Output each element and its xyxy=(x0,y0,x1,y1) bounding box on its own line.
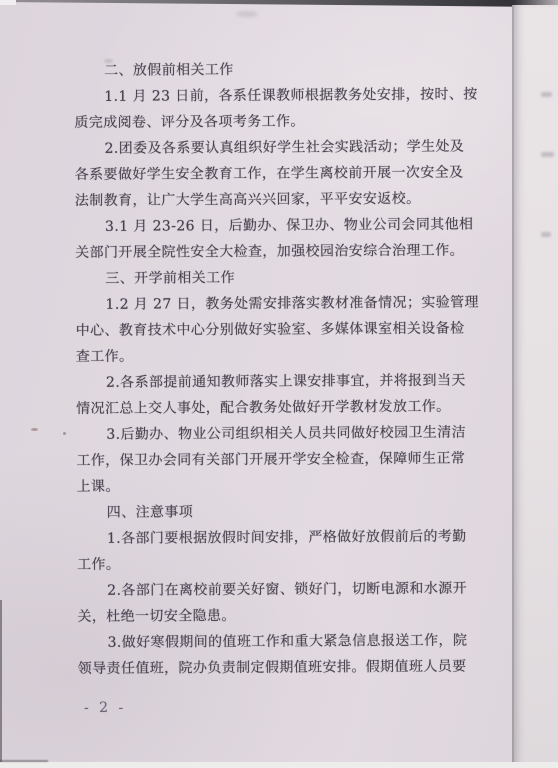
doc-line: 关部门开展全院性安全大检查，加强校园治安综合治理工作。 xyxy=(75,237,487,266)
doc-line: 1.1 月 23 日前，各系任课教师根据教务处安排，按时、按 xyxy=(74,81,486,110)
doc-line: 2.各系部提前通知教师落实上课安排事宜，并将报到当天 xyxy=(76,367,488,396)
scanned-page: 二、放假前相关工作 1.1 月 23 日前，各系任课教师根据教务处安排，按时、按… xyxy=(0,0,558,768)
section-heading: 二、放假前相关工作 xyxy=(74,55,486,84)
doc-line: 领导责任值班，院办负责制定假期值班安排。假期值班人员要 xyxy=(78,653,490,682)
doc-line: 工作。 xyxy=(77,549,489,578)
doc-line: 各系要做好学生安全教育工作，在学生离校前开展一次安全及 xyxy=(75,159,487,188)
paper-speck xyxy=(31,428,38,431)
doc-line: 2.团委及各系要认真组织好学生社会实践活动；学生处及 xyxy=(74,133,486,162)
bleed-through-mark xyxy=(541,152,554,157)
bleed-through-mark xyxy=(541,232,551,237)
page-fold-edge xyxy=(512,5,558,768)
bleed-through-mark xyxy=(541,92,552,97)
doc-line: 3.做好寒假期间的值班工作和重大紧急信息报送工作，院 xyxy=(77,627,489,656)
paper-speck xyxy=(63,432,66,435)
scan-corner-top-left xyxy=(0,0,16,5)
document-body: 二、放假前相关工作 1.1 月 23 日前，各系任课教师根据教务处安排，按时、按… xyxy=(74,55,490,682)
doc-line: 法制教育，让广大学生高高兴兴回家，平平安安返校。 xyxy=(75,185,487,214)
doc-line: 查工作。 xyxy=(76,341,488,370)
doc-line: 1.各部门要根据放假时间安排，严格做好放假前后的考勤 xyxy=(77,523,489,552)
section-heading: 四、注意事项 xyxy=(77,497,489,526)
doc-line: 3.后勤办、物业公司组织相关人员共同做好校园卫生清洁 xyxy=(76,419,488,448)
scan-left-edge xyxy=(0,600,2,762)
paper-speck xyxy=(236,11,258,17)
section-heading: 三、开学前相关工作 xyxy=(75,263,487,292)
doc-line: 工作，保卫办会同有关部门开展开学安全检查，保障师生正常 xyxy=(76,445,488,474)
scan-top-edge xyxy=(0,0,558,9)
doc-line: 上课。 xyxy=(77,471,489,500)
doc-line: 3.1 月 23-26 日，后勤办、保卫办、物业公司会同其他相 xyxy=(75,211,487,240)
doc-line: 质完成阅卷、评分及各项考务工作。 xyxy=(74,107,486,136)
page-number: - 2 - xyxy=(84,700,126,716)
doc-line: 1.2 月 27 日，教务处需安排落实教材准备情况；实验管理 xyxy=(75,289,487,318)
doc-line: 情况汇总上交人事处，配合教务处做好开学教材发放工作。 xyxy=(76,393,488,422)
scan-bottom-edge xyxy=(0,762,558,768)
doc-line: 2.各部门在离校前要关好窗、锁好门，切断电源和水源开 xyxy=(77,575,489,604)
doc-line: 关，杜绝一切安全隐患。 xyxy=(77,601,489,630)
scan-bottom-line xyxy=(0,760,48,762)
doc-line: 中心、教育技术中心分别做好实验室、多媒体课室相关设备检 xyxy=(76,315,488,344)
